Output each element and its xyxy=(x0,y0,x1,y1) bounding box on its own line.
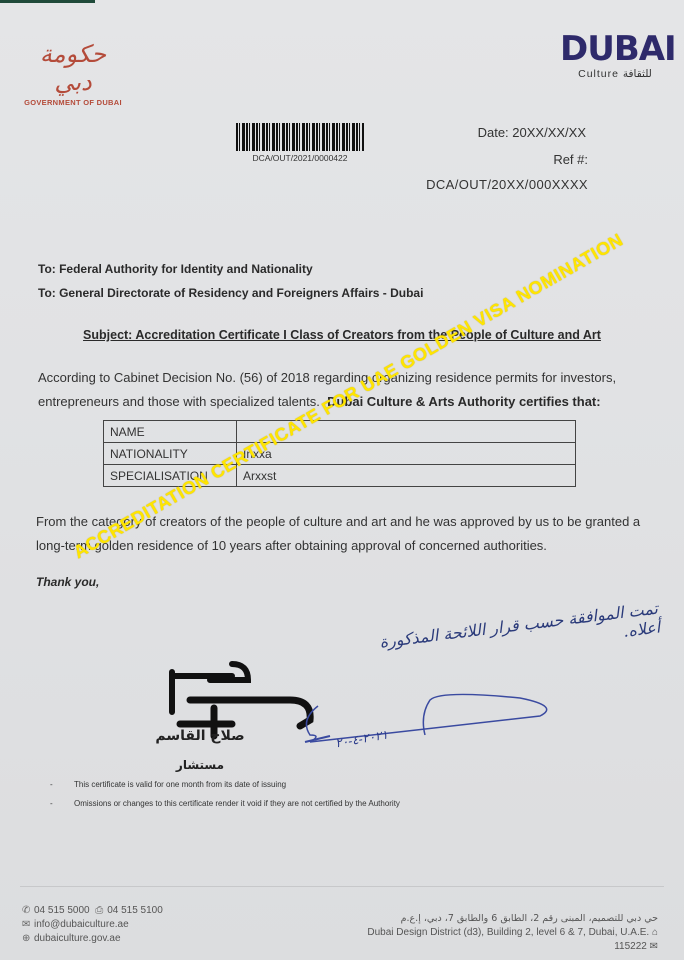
globe-icon: ⊕ xyxy=(22,932,34,946)
footer-address: حي دبي للتصميم، المبنى رقم 2، الطابق 6 و… xyxy=(367,912,658,954)
bullet-icon: - xyxy=(50,799,74,808)
signatory-name: صلاح القاسم xyxy=(150,728,250,744)
footer-po-box: 115222 xyxy=(614,941,647,952)
footer-address-arabic: حي دبي للتصميم، المبنى رقم 2، الطابق 6 و… xyxy=(367,912,658,926)
note-item: -Omissions or changes to this certificat… xyxy=(50,799,400,808)
footer-phone: 04 515 5000 xyxy=(34,905,90,916)
note-item: -This certificate is valid for one month… xyxy=(50,780,400,789)
footer-email[interactable]: info@dubaiculture.ae xyxy=(34,919,129,930)
bullet-icon: - xyxy=(50,780,74,789)
fax-icon: ⎙ xyxy=(95,904,107,918)
footer-address-english: Dubai Design District (d3), Building 2, … xyxy=(367,927,649,938)
footer-website[interactable]: dubaiculture.gov.ae xyxy=(34,933,121,944)
certificate-page: حكومة دبي GOVERNMENT OF DUBAI DUBAI Cult… xyxy=(0,0,684,960)
home-icon: ⌂ xyxy=(652,927,658,938)
footer-contacts: ✆04 515 5000 ⎙04 515 5100 ✉info@dubaicul… xyxy=(22,904,163,946)
footer-fax: 04 515 5100 xyxy=(107,905,163,916)
notes-list: -This certificate is valid for one month… xyxy=(50,780,400,818)
mailbox-icon: ✉ xyxy=(650,941,658,952)
note-text: Omissions or changes to this certificate… xyxy=(74,799,400,808)
phone-icon: ✆ xyxy=(22,904,34,918)
footer-divider xyxy=(20,886,664,887)
signatory-title: مستشار xyxy=(150,758,250,772)
email-icon: ✉ xyxy=(22,918,34,932)
note-text: This certificate is valid for one month … xyxy=(74,780,286,789)
